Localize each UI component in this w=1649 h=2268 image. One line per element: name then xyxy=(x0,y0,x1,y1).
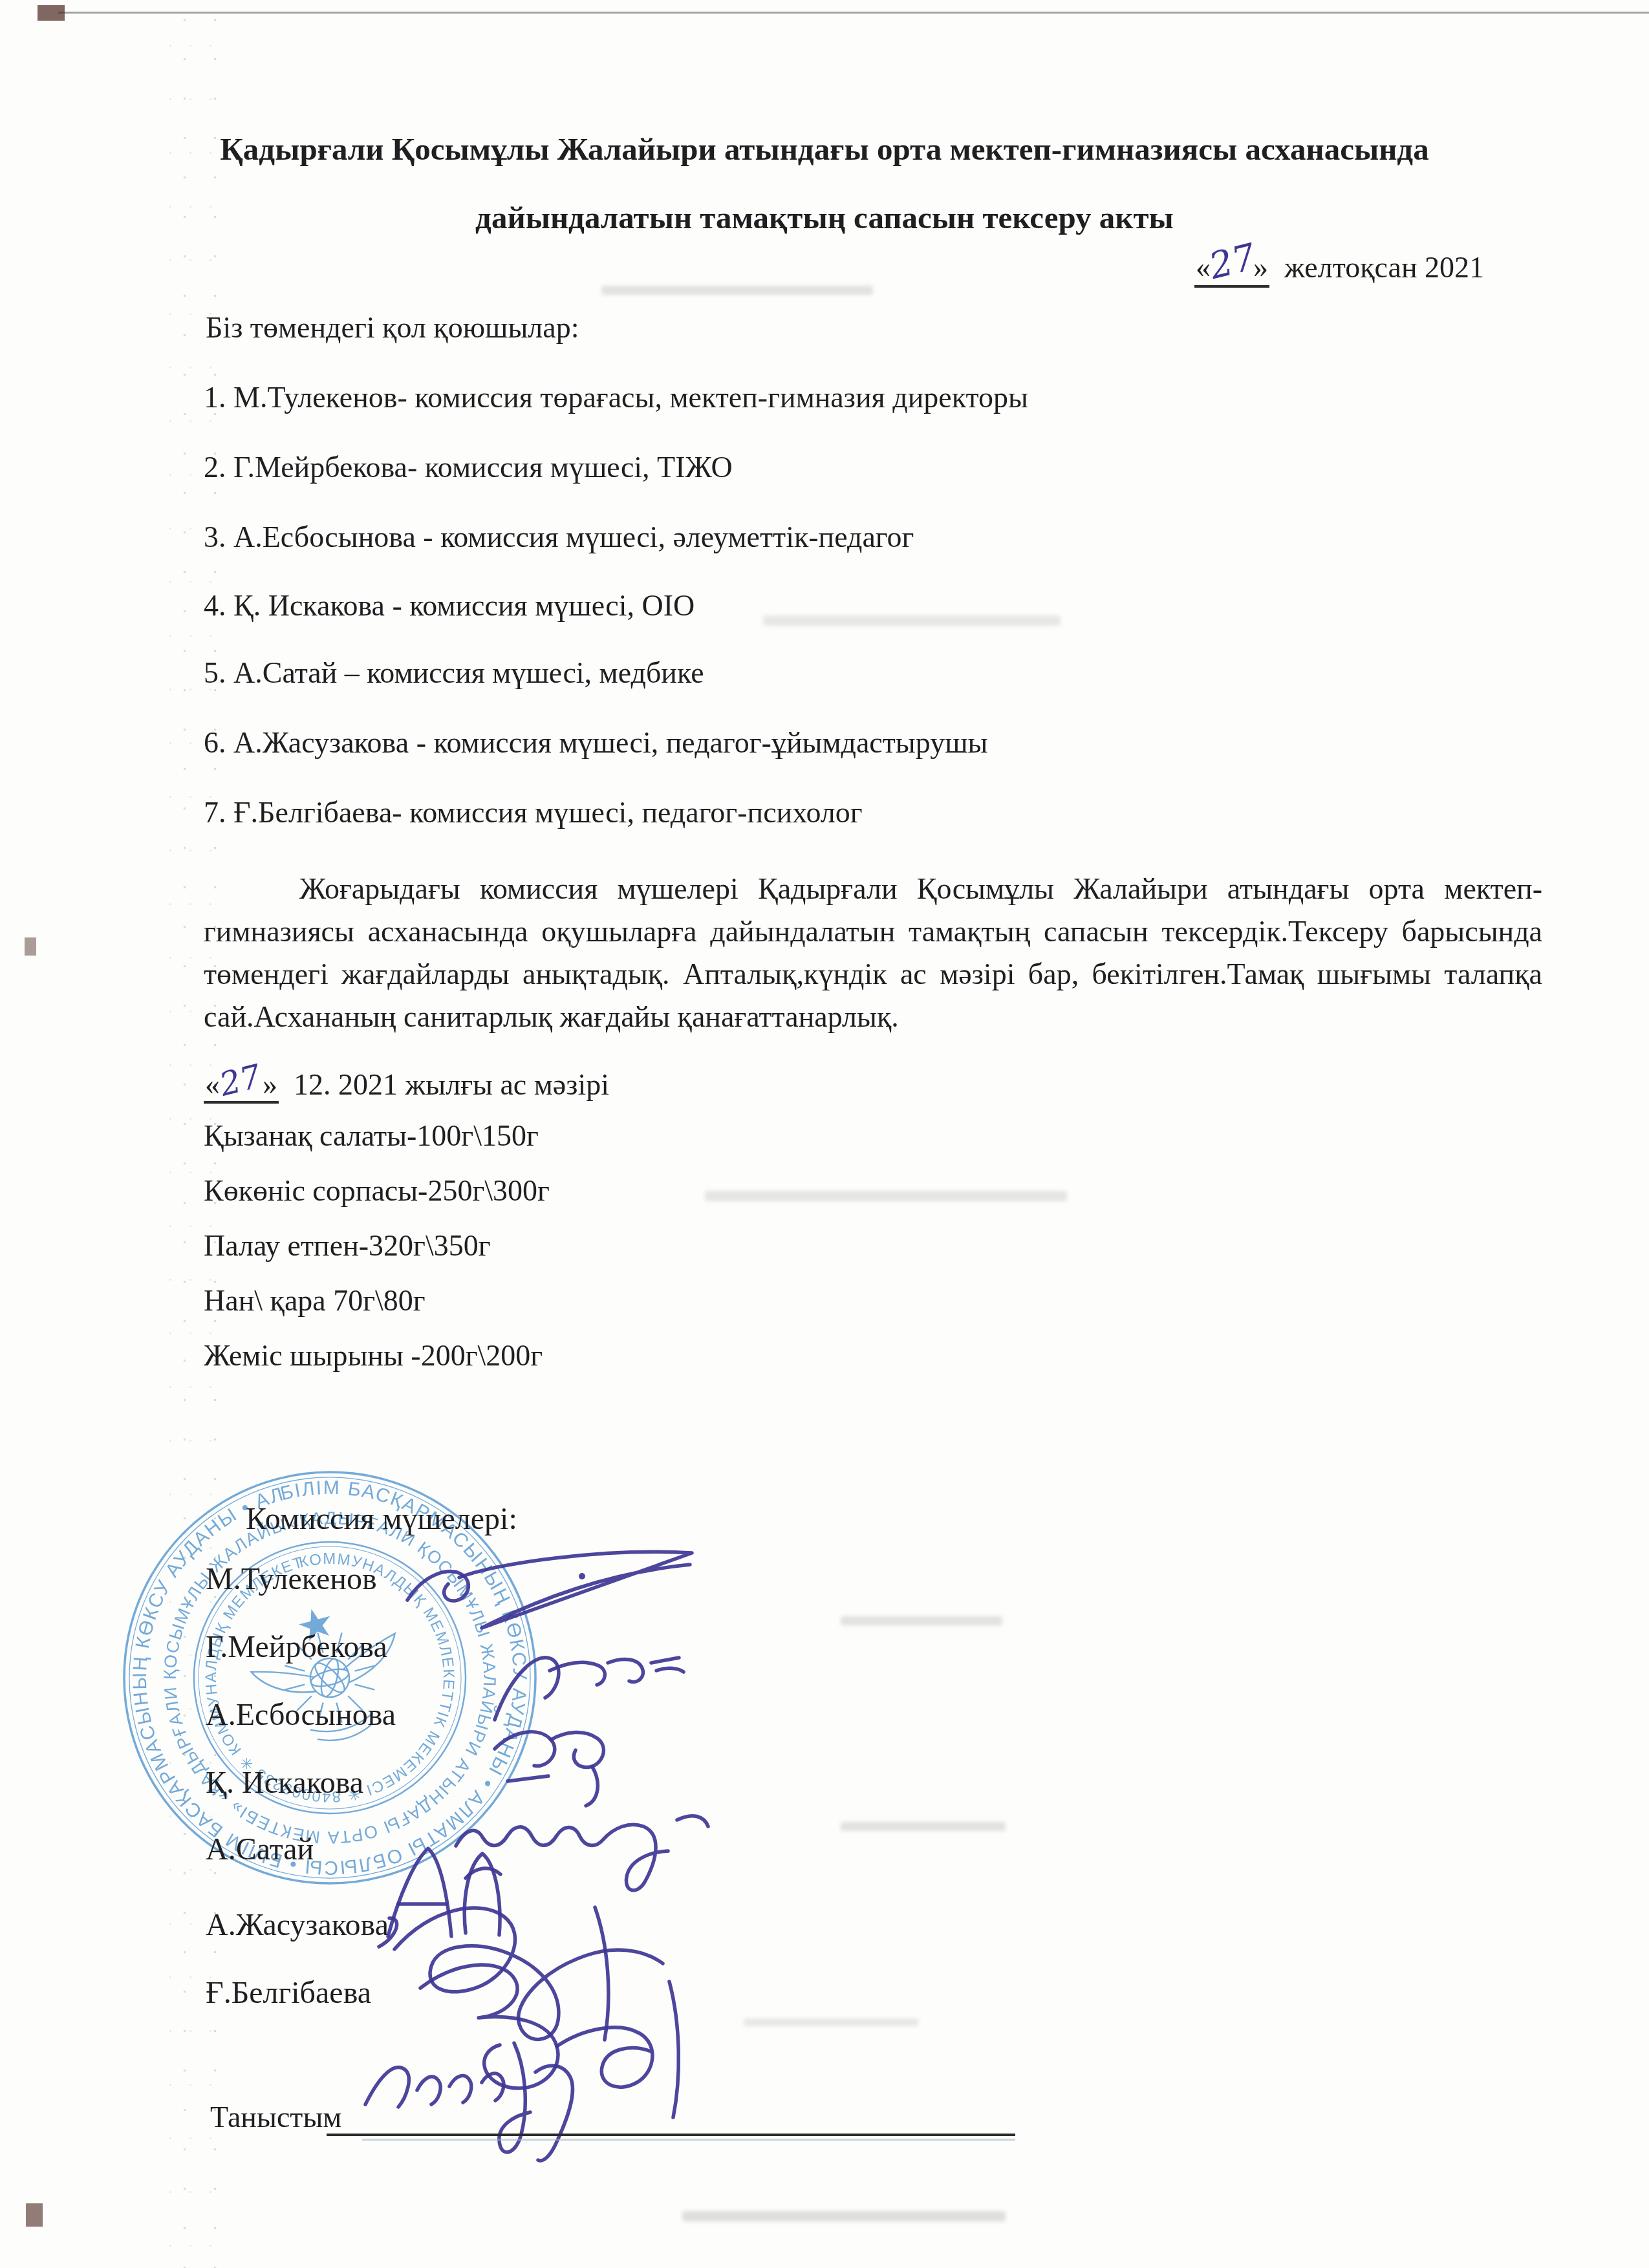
signatory-item-1: 1. М.Тулекенов- комиссия төрағасы, мекте… xyxy=(204,380,1028,414)
signature-tulekenov xyxy=(398,1539,708,1636)
commission-heading: Комиссия мүшелері: xyxy=(246,1501,517,1537)
signatory-item-3: 3. А.Есбосынова - комиссия мүшесі, әлеум… xyxy=(204,520,914,554)
scan-edge-line xyxy=(58,12,1649,14)
signature-line xyxy=(327,2134,1015,2136)
scanned-document-page: Қадырғали Қосымұлы Жалайыри атындағы орт… xyxy=(0,0,1649,2268)
menu-item-5: Жеміс шырыны -200г\200г xyxy=(204,1338,543,1373)
intro-line: Біз төмендегі қол қоюшылар: xyxy=(206,310,579,345)
member-iskakova: Қ. Искакова xyxy=(206,1765,363,1801)
menu-heading-text: 12. 2021 жылғы ас мәзірі xyxy=(294,1068,609,1101)
close-quote: » xyxy=(263,1068,277,1101)
menu-day-underlined: «27» xyxy=(204,1067,279,1104)
handwritten-day: 27 xyxy=(215,1059,265,1102)
scan-smudge xyxy=(744,2018,918,2026)
scan-artifact xyxy=(38,5,65,21)
signatory-item-7: 7. Ғ.Белгібаева- комиссия мүшесі, педаго… xyxy=(204,795,863,829)
member-satay: А.Сатай xyxy=(206,1832,314,1867)
member-meirbekova: Г.Мейрбекова xyxy=(206,1629,387,1665)
date-month-year: желтоқсан 2021 xyxy=(1284,251,1484,284)
menu-heading: «27» 12. 2021 жылғы ас мәзірі xyxy=(204,1067,609,1104)
menu-item-1: Қызанақ салаты-100г\150г xyxy=(204,1118,539,1153)
scan-artifact xyxy=(26,2203,43,2227)
signatory-item-5: 5. А.Сатай – комиссия мүшесі, медбике xyxy=(204,656,704,690)
scan-smudge xyxy=(682,2211,1006,2221)
scan-smudge xyxy=(705,1191,1067,1201)
signatory-item-4: 4. Қ. Искакова - комиссия мүшесі, ОІО xyxy=(204,588,695,623)
scan-smudge xyxy=(841,1822,1006,1831)
body-paragraph: Жоғарыдағы комиссия мүшелері Қадырғали Қ… xyxy=(204,868,1542,1038)
document-title: Қадырғали Қосымұлы Жалайыри атындағы орт… xyxy=(0,115,1649,252)
signature-acknowledged xyxy=(349,2007,601,2176)
signatory-item-6: 6. А.Жасузакова - комиссия мүшесі, педаг… xyxy=(204,725,988,760)
document-date-line: «27» желтоқсан 2021 xyxy=(1194,247,1484,288)
scan-artifact xyxy=(25,937,36,956)
menu-item-4: Нан\ қара 70г\80г xyxy=(204,1283,426,1318)
acknowledged-label: Таныстым xyxy=(210,2100,341,2134)
document-title-line2: дайындалатын тамақтың сапасын тексеру ак… xyxy=(0,184,1649,252)
signature-line-shadow xyxy=(362,2139,1015,2141)
member-belgibaeva: Ғ.Белгібаева xyxy=(206,1975,371,2011)
scan-smudge xyxy=(601,286,873,295)
scan-smudge xyxy=(841,1616,1002,1625)
document-title-line1: Қадырғали Қосымұлы Жалайыри атындағы орт… xyxy=(0,115,1649,184)
scan-smudge xyxy=(763,615,1061,626)
menu-item-3: Палау етпен-320г\350г xyxy=(204,1228,491,1263)
menu-item-2: Көкөніс сорпасы-250г\300г xyxy=(204,1173,550,1208)
handwritten-day: 27 xyxy=(1206,239,1256,286)
member-tulekenov: М.Тулекенов xyxy=(206,1561,377,1597)
member-esbosynova: А.Есбосынова xyxy=(206,1697,396,1733)
signatory-item-2: 2. Г.Мейрбекова- комиссия мүшесі, ТІЖО xyxy=(204,450,733,484)
date-day-underlined: «27» xyxy=(1194,247,1269,288)
